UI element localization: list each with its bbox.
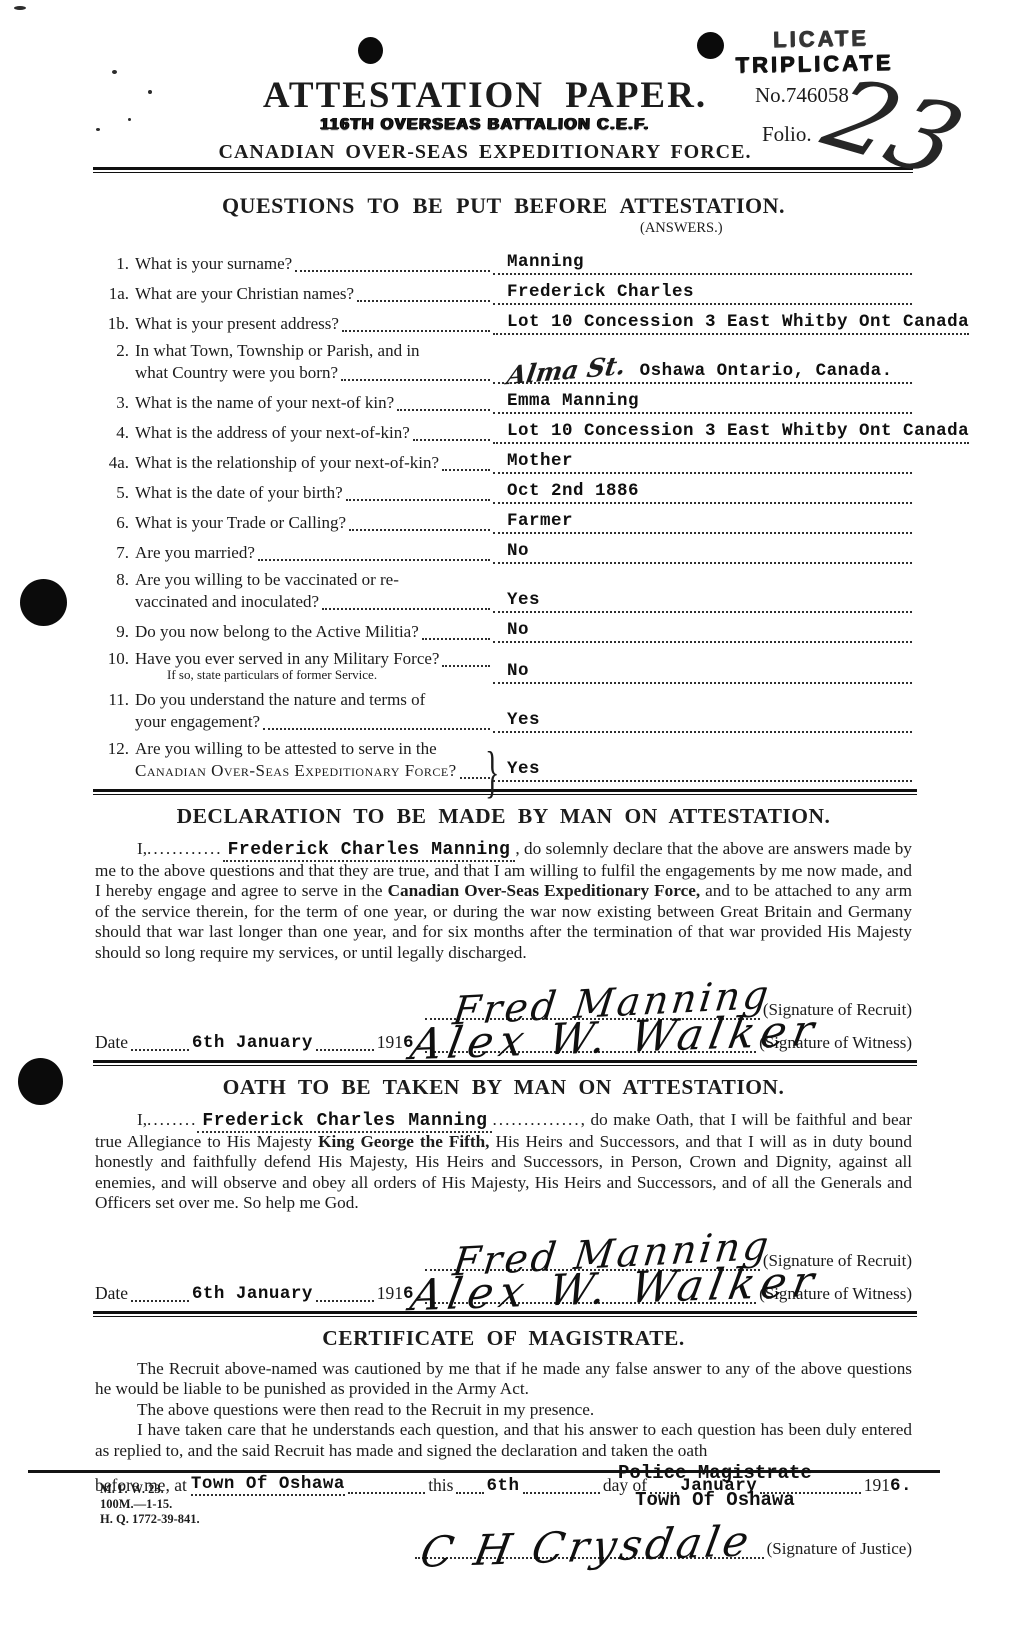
force-subtitle: CANADIAN OVER-SEAS EXPEDITIONARY FORCE.: [165, 141, 805, 164]
question-row: 10.Have you ever served in any Military …: [95, 648, 912, 684]
answer-value: Farmer: [507, 511, 573, 531]
question-row: 1.What is your surname? Manning: [95, 250, 912, 275]
question-number: 10.: [95, 648, 135, 670]
dotted-blank: [492, 1110, 580, 1129]
magistrate-block: Police Magistrate Town Of Oshawa: [618, 1460, 812, 1514]
dotted-leader: [413, 439, 490, 441]
certificate-paragraph-3: I have taken care that he understands ea…: [95, 1420, 912, 1461]
declaration-bold-phrase: Canadian Over-Seas Expeditionary Force,: [388, 881, 701, 900]
justice-signature-block: C H Crysdale (Signature of Justice): [95, 1526, 912, 1559]
question-number: 2.: [95, 340, 135, 362]
dotted-leader: [422, 638, 490, 640]
dotted-leader: [397, 409, 490, 411]
answers-column-label: (ANSWERS.): [640, 220, 723, 237]
question-text: What are your Christian names?: [135, 283, 354, 305]
dotted-leader: [131, 1049, 189, 1051]
dotted-leader: [341, 379, 490, 381]
answer-cell: No: [493, 618, 912, 643]
question-number: 8.: [95, 569, 135, 591]
dotted-leader: [440, 755, 490, 757]
dotted-leader: [316, 1300, 374, 1302]
question-text: What is your surname?: [135, 253, 292, 275]
justice-signature: C H Crysdale: [417, 1516, 757, 1577]
dotted-leader: [263, 728, 490, 730]
question-text: What is the name of your next-of kin?: [135, 392, 394, 414]
oath-heading: OATH TO BE TAKEN BY MAN ON ATTESTATION.: [95, 1075, 912, 1100]
certificate-paragraph-2: The above questions were then read to th…: [95, 1400, 912, 1421]
answer-value: Yes: [507, 590, 540, 610]
question-text: What is the date of your birth?: [135, 482, 343, 504]
question-text-line2-smallcaps: Canadian Over-Seas Expeditionary Force?: [135, 760, 457, 782]
oath-lead: I,: [137, 1110, 147, 1129]
oath-bold-phrase: King George the Fifth,: [318, 1132, 489, 1151]
question-row: 8.Are you willing to be vaccinated or re…: [95, 569, 912, 613]
question-cell: 6.What is your Trade or Calling?: [95, 512, 493, 534]
answer-value: Yes: [507, 759, 540, 779]
dotted-leader: [423, 357, 490, 359]
question-text: What is the address of your next-of-kin?: [135, 422, 410, 444]
scan-speck: [148, 90, 152, 94]
dotted-leader: [346, 499, 490, 501]
question-cell: 4a.What is the relationship of your next…: [95, 452, 493, 474]
date-label: Date: [95, 1283, 128, 1304]
question-cell: 2.In what Town, Township or Parish, and …: [95, 340, 493, 384]
question-cell: 1.What is your surname?: [95, 253, 493, 275]
dotted-leader: [316, 1049, 374, 1051]
certificate-paragraph-1: The Recruit above-named was cautioned by…: [95, 1359, 912, 1400]
question-row: 1a.What are your Christian names? Freder…: [95, 280, 912, 305]
question-cell: 12.Are you willing to be attested to ser…: [95, 738, 493, 782]
question-cell: 11.Do you understand the nature and term…: [95, 689, 493, 733]
question-number: 11.: [95, 689, 135, 711]
answer-value: Oshawa Ontario, Canada.: [640, 361, 893, 381]
form-code-block: M. F. W. 23. 100M.—1-15. H. Q. 1772-39-8…: [100, 1482, 200, 1527]
date-cell: Date6th January1916.: [95, 1283, 425, 1304]
answer-value: Yes: [507, 710, 540, 730]
question-number: 12.: [95, 738, 135, 760]
hole-punch-mark: [20, 579, 67, 626]
document-header: LICATE TRIPLICATE ATTESTATION PAPER. No.…: [0, 0, 1012, 174]
dotted-leader: [322, 608, 490, 610]
day-value: 6th: [487, 1476, 520, 1496]
dotted-blank: [147, 839, 223, 858]
question-row: 11.Do you understand the nature and term…: [95, 689, 912, 733]
certificate-heading: CERTIFICATE OF MAGISTRATE.: [95, 1326, 912, 1351]
battalion-stamp: 116TH OVERSEAS BATTALION C.E.F.: [265, 116, 706, 134]
oath-paragraph: I,Frederick Charles Manning, do make Oat…: [95, 1110, 912, 1214]
question-text-line2: your engagement?: [135, 711, 260, 733]
declaration-signatures: Fred Manning (Signature of Recruit) Date…: [95, 987, 912, 1053]
dotted-leader: [357, 300, 490, 302]
scan-speck: [96, 128, 100, 131]
typed-recruit-name: Frederick Charles Manning: [197, 1111, 492, 1133]
question-cell: 5.What is the date of your birth?: [95, 482, 493, 504]
answer-value: No: [507, 620, 529, 640]
dotted-leader: [258, 559, 490, 561]
question-number: 1b.: [95, 313, 135, 335]
date-label: Date: [95, 1032, 128, 1053]
question-cell: 8.Are you willing to be vaccinated or re…: [95, 569, 493, 613]
dotted-leader: [402, 586, 490, 588]
question-number: 5.: [95, 482, 135, 504]
scan-speck: [112, 70, 117, 74]
answer-value: Manning: [507, 252, 584, 272]
dotted-leader: [523, 1492, 600, 1494]
answer-cell: Manning: [493, 250, 912, 275]
dotted-leader: [131, 1300, 189, 1302]
witness-signature-line: Alex W. Walker: [425, 1278, 756, 1304]
question-text: Are you willing to be attested to serve …: [135, 738, 437, 760]
question-row: 5.What is the date of your birth? Oct 2n…: [95, 479, 912, 504]
handwritten-answer: Alma St.: [506, 356, 627, 387]
dotted-leader: [428, 706, 490, 708]
answer-cell: Emma Manning: [493, 389, 912, 414]
dotted-blank: [147, 1110, 197, 1129]
question-number: 1a.: [95, 283, 135, 305]
date-value: 6th January: [192, 1033, 313, 1053]
answer-cell: Mother: [493, 449, 912, 474]
question-note: If so, state particulars of former Servi…: [167, 668, 493, 682]
date-value: 6th January: [192, 1284, 313, 1304]
dotted-leader: [348, 1492, 425, 1494]
questions-list: 1.What is your surname? Manning 1a.What …: [95, 250, 912, 782]
form-code-3: H. Q. 1772-39-841.: [100, 1512, 200, 1527]
witness-signature-line: Alex W. Walker: [425, 1027, 756, 1053]
answer-cell: Lot 10 Concession 3 East Whitby Ont Cana…: [493, 310, 969, 335]
form-code-2: 100M.—1-15.: [100, 1497, 200, 1512]
answer-value: Oct 2nd 1886: [507, 481, 639, 501]
year-typed: 6.: [890, 1476, 912, 1496]
question-row: 9.Do you now belong to the Active Militi…: [95, 618, 912, 643]
question-row: 3.What is the name of your next-of kin? …: [95, 389, 912, 414]
questions-heading: QUESTIONS TO BE PUT BEFORE ATTESTATION.: [95, 193, 912, 219]
question-text-line2: what Country were you born?: [135, 362, 338, 384]
answer-cell: Lot 10 Concession 3 East Whitby Ont Cana…: [493, 419, 969, 444]
form-code-1: M. F. W. 23.: [100, 1482, 200, 1497]
question-text: Do you understand the nature and terms o…: [135, 689, 425, 711]
this-label: this: [428, 1475, 453, 1496]
question-number: 4.: [95, 422, 135, 444]
section-rule: [93, 789, 917, 795]
question-row: 4.What is the address of your next-of-ki…: [95, 419, 912, 444]
question-cell: 4.What is the address of your next-of-ki…: [95, 422, 493, 444]
question-row: 7.Are you married? No: [95, 539, 912, 564]
question-number: 7.: [95, 542, 135, 564]
question-text: In what Town, Township or Parish, and in: [135, 340, 420, 362]
dotted-leader: [456, 1492, 483, 1494]
dotted-leader: [349, 529, 490, 531]
answer-value: Lot 10 Concession 3 East Whitby Ont Cana…: [507, 312, 969, 332]
magistrate-title: Police Magistrate: [618, 1460, 812, 1487]
question-cell: 3.What is the name of your next-of kin?: [95, 392, 493, 414]
question-cell: 9.Do you now belong to the Active Militi…: [95, 621, 493, 643]
question-cell: 1a.What are your Christian names?: [95, 283, 493, 305]
question-number: 3.: [95, 392, 135, 414]
typed-recruit-name: Frederick Charles Manning: [223, 840, 516, 862]
question-number: 4a.: [95, 452, 135, 474]
answer-cell: Farmer: [493, 509, 912, 534]
question-row: 4a.What is the relationship of your next…: [95, 449, 912, 474]
question-cell: 1b.What is your present address?: [95, 313, 493, 335]
scan-speck: [14, 6, 26, 10]
question-row: 1b.What is your present address? Lot 10 …: [95, 310, 912, 335]
question-text: Are you married?: [135, 542, 255, 564]
answer-value: Mother: [507, 451, 573, 471]
answer-cell: Oct 2nd 1886: [493, 479, 912, 504]
year-printed: 191: [864, 1475, 890, 1496]
answer-cell: Alma St.Oshawa Ontario, Canada.: [493, 359, 912, 384]
header-rule: [93, 167, 913, 173]
dotted-leader: [442, 665, 490, 667]
dotted-leader: [442, 469, 490, 471]
question-text: Are you willing to be vaccinated or re-: [135, 569, 399, 591]
question-number: 9.: [95, 621, 135, 643]
answer-value: Frederick Charles: [507, 282, 694, 302]
scan-speck: [128, 118, 131, 121]
declaration-heading: DECLARATION TO BE MADE BY MAN ON ATTESTA…: [95, 804, 912, 829]
answer-cell: Frederick Charles: [493, 280, 912, 305]
question-cell: 10.Have you ever served in any Military …: [95, 648, 493, 684]
hole-punch-mark: [18, 1058, 63, 1105]
signature-of-justice-label: (Signature of Justice): [764, 1539, 912, 1559]
answer-cell: Yes: [493, 757, 912, 782]
question-text: What is the relationship of your next-of…: [135, 452, 439, 474]
answer-value: No: [507, 541, 529, 561]
answer-cell: No: [493, 539, 912, 564]
answer-value: Lot 10 Concession 3 East Whitby Ont Cana…: [507, 421, 969, 441]
answer-cell: No: [493, 659, 912, 684]
answer-cell: Yes: [493, 708, 912, 733]
place-value: Town Of Oshawa: [191, 1474, 345, 1496]
attestation-paper-document: LICATE TRIPLICATE ATTESTATION PAPER. No.…: [0, 0, 1012, 1632]
question-text: What is your Trade or Calling?: [135, 512, 346, 534]
justice-signature-line: C H Crysdale: [415, 1533, 764, 1559]
year-printed: 191: [377, 1283, 403, 1304]
magistrate-place: Town Of Oshawa: [618, 1487, 812, 1514]
question-text: What is your present address?: [135, 313, 339, 335]
question-cell: 7.Are you married?: [95, 542, 493, 564]
answer-value: No: [507, 661, 529, 681]
year-printed: 191: [377, 1032, 403, 1053]
question-row: 12.Are you willing to be attested to ser…: [95, 738, 912, 782]
answer-cell: Yes: [493, 588, 912, 613]
hole-punch-mark: [358, 37, 383, 64]
answer-value: Emma Manning: [507, 391, 639, 411]
question-text: Do you now belong to the Active Militia?: [135, 621, 419, 643]
date-cell: Date6th January1916.: [95, 1032, 425, 1053]
question-row: 2.In what Town, Township or Parish, and …: [95, 340, 912, 384]
triplicate-stamp-line1: LICATE: [773, 25, 893, 52]
declaration-paragraph: I,Frederick Charles Manning, do solemnly…: [95, 839, 912, 963]
question-row: 6.What is your Trade or Calling? Farmer: [95, 509, 912, 534]
hole-punch-mark: [697, 32, 724, 59]
question-number: 1.: [95, 253, 135, 275]
dotted-leader: [342, 330, 490, 332]
dotted-leader: [295, 270, 490, 272]
document-title: ATTESTATION PAPER.: [225, 74, 745, 117]
declaration-lead: I,: [137, 839, 147, 858]
question-text-line2: vaccinated and inoculated?: [135, 591, 319, 613]
question-number: 6.: [95, 512, 135, 534]
oath-signatures: Fred Manning (Signature of Recruit) Date…: [95, 1238, 912, 1304]
